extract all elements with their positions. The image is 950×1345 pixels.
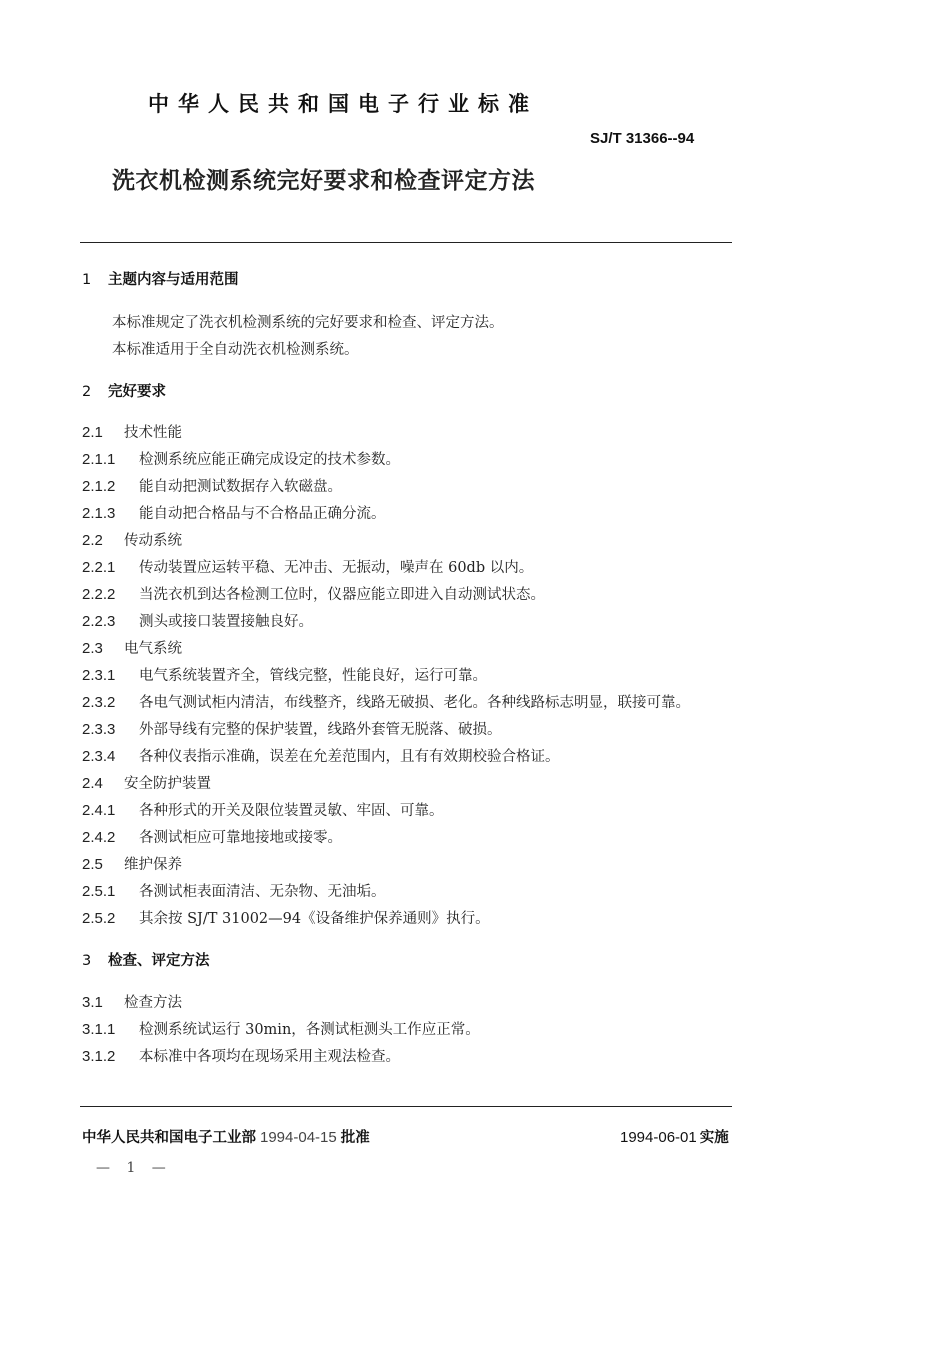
clause-text: 外部导线有完整的保护装置，线路外套管无脱落、破损。	[139, 722, 502, 738]
clause-2-4-2: 2.4.2各测试柜应可靠地接地或接零。	[82, 826, 342, 847]
clause-2-3-2: 2.3.2各电气测试柜内清洁，布线整齐，线路无破损、老化。各种线路标志明显，联接…	[82, 691, 690, 712]
clause-number: 2.4	[82, 775, 124, 792]
clause-2-4-1: 2.4.1各种形式的开关及限位装置灵敏、牢固、可靠。	[82, 799, 444, 820]
effective-line: 1994-06-01实施	[620, 1126, 729, 1147]
clause-text: 各测试柜应可靠地接地或接零。	[139, 830, 342, 846]
section-number: 2	[82, 384, 108, 400]
clause-2-3: 2.3电气系统	[82, 637, 182, 658]
clause-number: 2.1.1	[82, 451, 139, 468]
clause-text: 技术性能	[124, 425, 182, 441]
clause-2-3-4: 2.3.4各种仪表指示准确，误差在允差范围内，且有有效期校验合格证。	[82, 745, 560, 766]
clause-number: 2.4.2	[82, 829, 139, 846]
clause-text: 当洗衣机到达各检测工位时，仪器应能立即进入自动测试状态。	[139, 587, 545, 603]
paragraph: 本标准规定了洗衣机检测系统的完好要求和检查、评定方法。	[112, 311, 504, 332]
clause-2-1: 2.1技术性能	[82, 421, 182, 442]
clause-2-1-3: 2.1.3能自动把合格品与不合格品正确分流。	[82, 502, 386, 523]
clause-number: 2.1.3	[82, 505, 139, 522]
effective-date: 1994-06-01	[620, 1129, 697, 1146]
section-heading-3: 3检查、评定方法	[82, 949, 210, 970]
clause-number: 2.3.2	[82, 694, 139, 711]
clause-number: 2.4.1	[82, 802, 139, 819]
clause-number: 3.1	[82, 994, 124, 1011]
effective-label: 实施	[700, 1130, 729, 1146]
clause-number: 2.5	[82, 856, 124, 873]
clause-number: 2.2.3	[82, 613, 139, 630]
section-heading-1: 1主题内容与适用范围	[82, 268, 239, 289]
clause-number: 2.2	[82, 532, 124, 549]
clause-2-1-1: 2.1.1检测系统应能正确完成设定的技术参数。	[82, 448, 400, 469]
clause-2-5-2: 2.5.2其余按 SJ/T 31002—94《设备维护保养通则》执行。	[82, 907, 490, 928]
clause-number: 2.3.4	[82, 748, 139, 765]
clause-text: 其余按 SJ/T 31002—94《设备维护保养通则》执行。	[139, 911, 490, 927]
clause-2-2: 2.2传动系统	[82, 529, 182, 550]
section-title: 主题内容与适用范围	[108, 272, 239, 288]
section-heading-2: 2完好要求	[82, 380, 166, 401]
clause-2-3-1: 2.3.1电气系统装置齐全，管线完整，性能良好，运行可靠。	[82, 664, 487, 685]
standard-organization: 中华人民共和国电子行业标准	[148, 88, 538, 118]
section-title: 完好要求	[108, 384, 166, 400]
clause-number: 2.5.2	[82, 910, 139, 927]
issuer: 中华人民共和国电子工业部	[82, 1130, 256, 1146]
header-divider	[80, 242, 732, 243]
clause-number: 2.2.1	[82, 559, 139, 576]
clause-2-5: 2.5维护保养	[82, 853, 182, 874]
section-number: 3	[82, 953, 108, 969]
clause-text: 各种形式的开关及限位装置灵敏、牢固、可靠。	[139, 803, 444, 819]
clause-text: 能自动把测试数据存入软磁盘。	[139, 479, 342, 495]
clause-text: 各种仪表指示准确，误差在允差范围内，且有有效期校验合格证。	[139, 749, 560, 765]
clause-text: 检查方法	[124, 995, 182, 1011]
clause-3-1: 3.1检查方法	[82, 991, 182, 1012]
clause-number: 2.3.1	[82, 667, 139, 684]
paragraph: 本标准适用于全自动洗衣机检测系统。	[112, 338, 359, 359]
clause-3-1-1: 3.1.1检测系统试运行 30min，各测试柜测头工作应正常。	[82, 1018, 480, 1039]
clause-text: 本标准中各项均在现场采用主观法检查。	[139, 1049, 400, 1065]
clause-2-4: 2.4安全防护装置	[82, 772, 211, 793]
clause-text: 传动装置应运转平稳、无冲击、无振动，噪声在 60db 以内。	[139, 560, 533, 576]
clause-text: 电气系统	[124, 641, 182, 657]
clause-number: 3.1.1	[82, 1021, 139, 1038]
clause-text: 测头或接口装置接触良好。	[139, 614, 313, 630]
footer-divider	[80, 1106, 732, 1107]
clause-text: 检测系统试运行 30min，各测试柜测头工作应正常。	[139, 1022, 480, 1038]
clause-2-2-2: 2.2.2当洗衣机到达各检测工位时，仪器应能立即进入自动测试状态。	[82, 583, 545, 604]
approval-label: 批准	[341, 1130, 370, 1146]
clause-number: 3.1.2	[82, 1048, 139, 1065]
approval-line: 中华人民共和国电子工业部1994-04-15批准	[82, 1126, 370, 1147]
clause-2-3-3: 2.3.3外部导线有完整的保护装置，线路外套管无脱落、破损。	[82, 718, 502, 739]
clause-2-2-1: 2.2.1传动装置应运转平稳、无冲击、无振动，噪声在 60db 以内。	[82, 556, 533, 577]
clause-number: 2.5.1	[82, 883, 139, 900]
clause-number: 2.1	[82, 424, 124, 441]
clause-text: 各电气测试柜内清洁，布线整齐，线路无破损、老化。各种线路标志明显，联接可靠。	[139, 695, 690, 711]
clause-number: 2.2.2	[82, 586, 139, 603]
clause-2-2-3: 2.2.3测头或接口装置接触良好。	[82, 610, 313, 631]
clause-text: 能自动把合格品与不合格品正确分流。	[139, 506, 386, 522]
clause-text: 安全防护装置	[124, 776, 211, 792]
clause-number: 2.1.2	[82, 478, 139, 495]
clause-text: 检测系统应能正确完成设定的技术参数。	[139, 452, 400, 468]
clause-text: 各测试柜表面清洁、无杂物、无油垢。	[139, 884, 386, 900]
document-title: 洗衣机检测系统完好要求和检查评定方法	[112, 162, 535, 195]
clause-text: 维护保养	[124, 857, 182, 873]
clause-number: 2.3.3	[82, 721, 139, 738]
page-number: — 1 —	[96, 1160, 172, 1176]
clause-number: 2.3	[82, 640, 124, 657]
approval-date: 1994-04-15	[260, 1129, 337, 1146]
section-number: 1	[82, 272, 108, 288]
clause-2-1-2: 2.1.2能自动把测试数据存入软磁盘。	[82, 475, 342, 496]
clause-2-5-1: 2.5.1各测试柜表面清洁、无杂物、无油垢。	[82, 880, 386, 901]
standard-code: SJ/T 31366--94	[590, 130, 694, 147]
clause-3-1-2: 3.1.2本标准中各项均在现场采用主观法检查。	[82, 1045, 400, 1066]
clause-text: 传动系统	[124, 533, 182, 549]
section-title: 检查、评定方法	[108, 953, 210, 969]
clause-text: 电气系统装置齐全，管线完整，性能良好，运行可靠。	[139, 668, 487, 684]
